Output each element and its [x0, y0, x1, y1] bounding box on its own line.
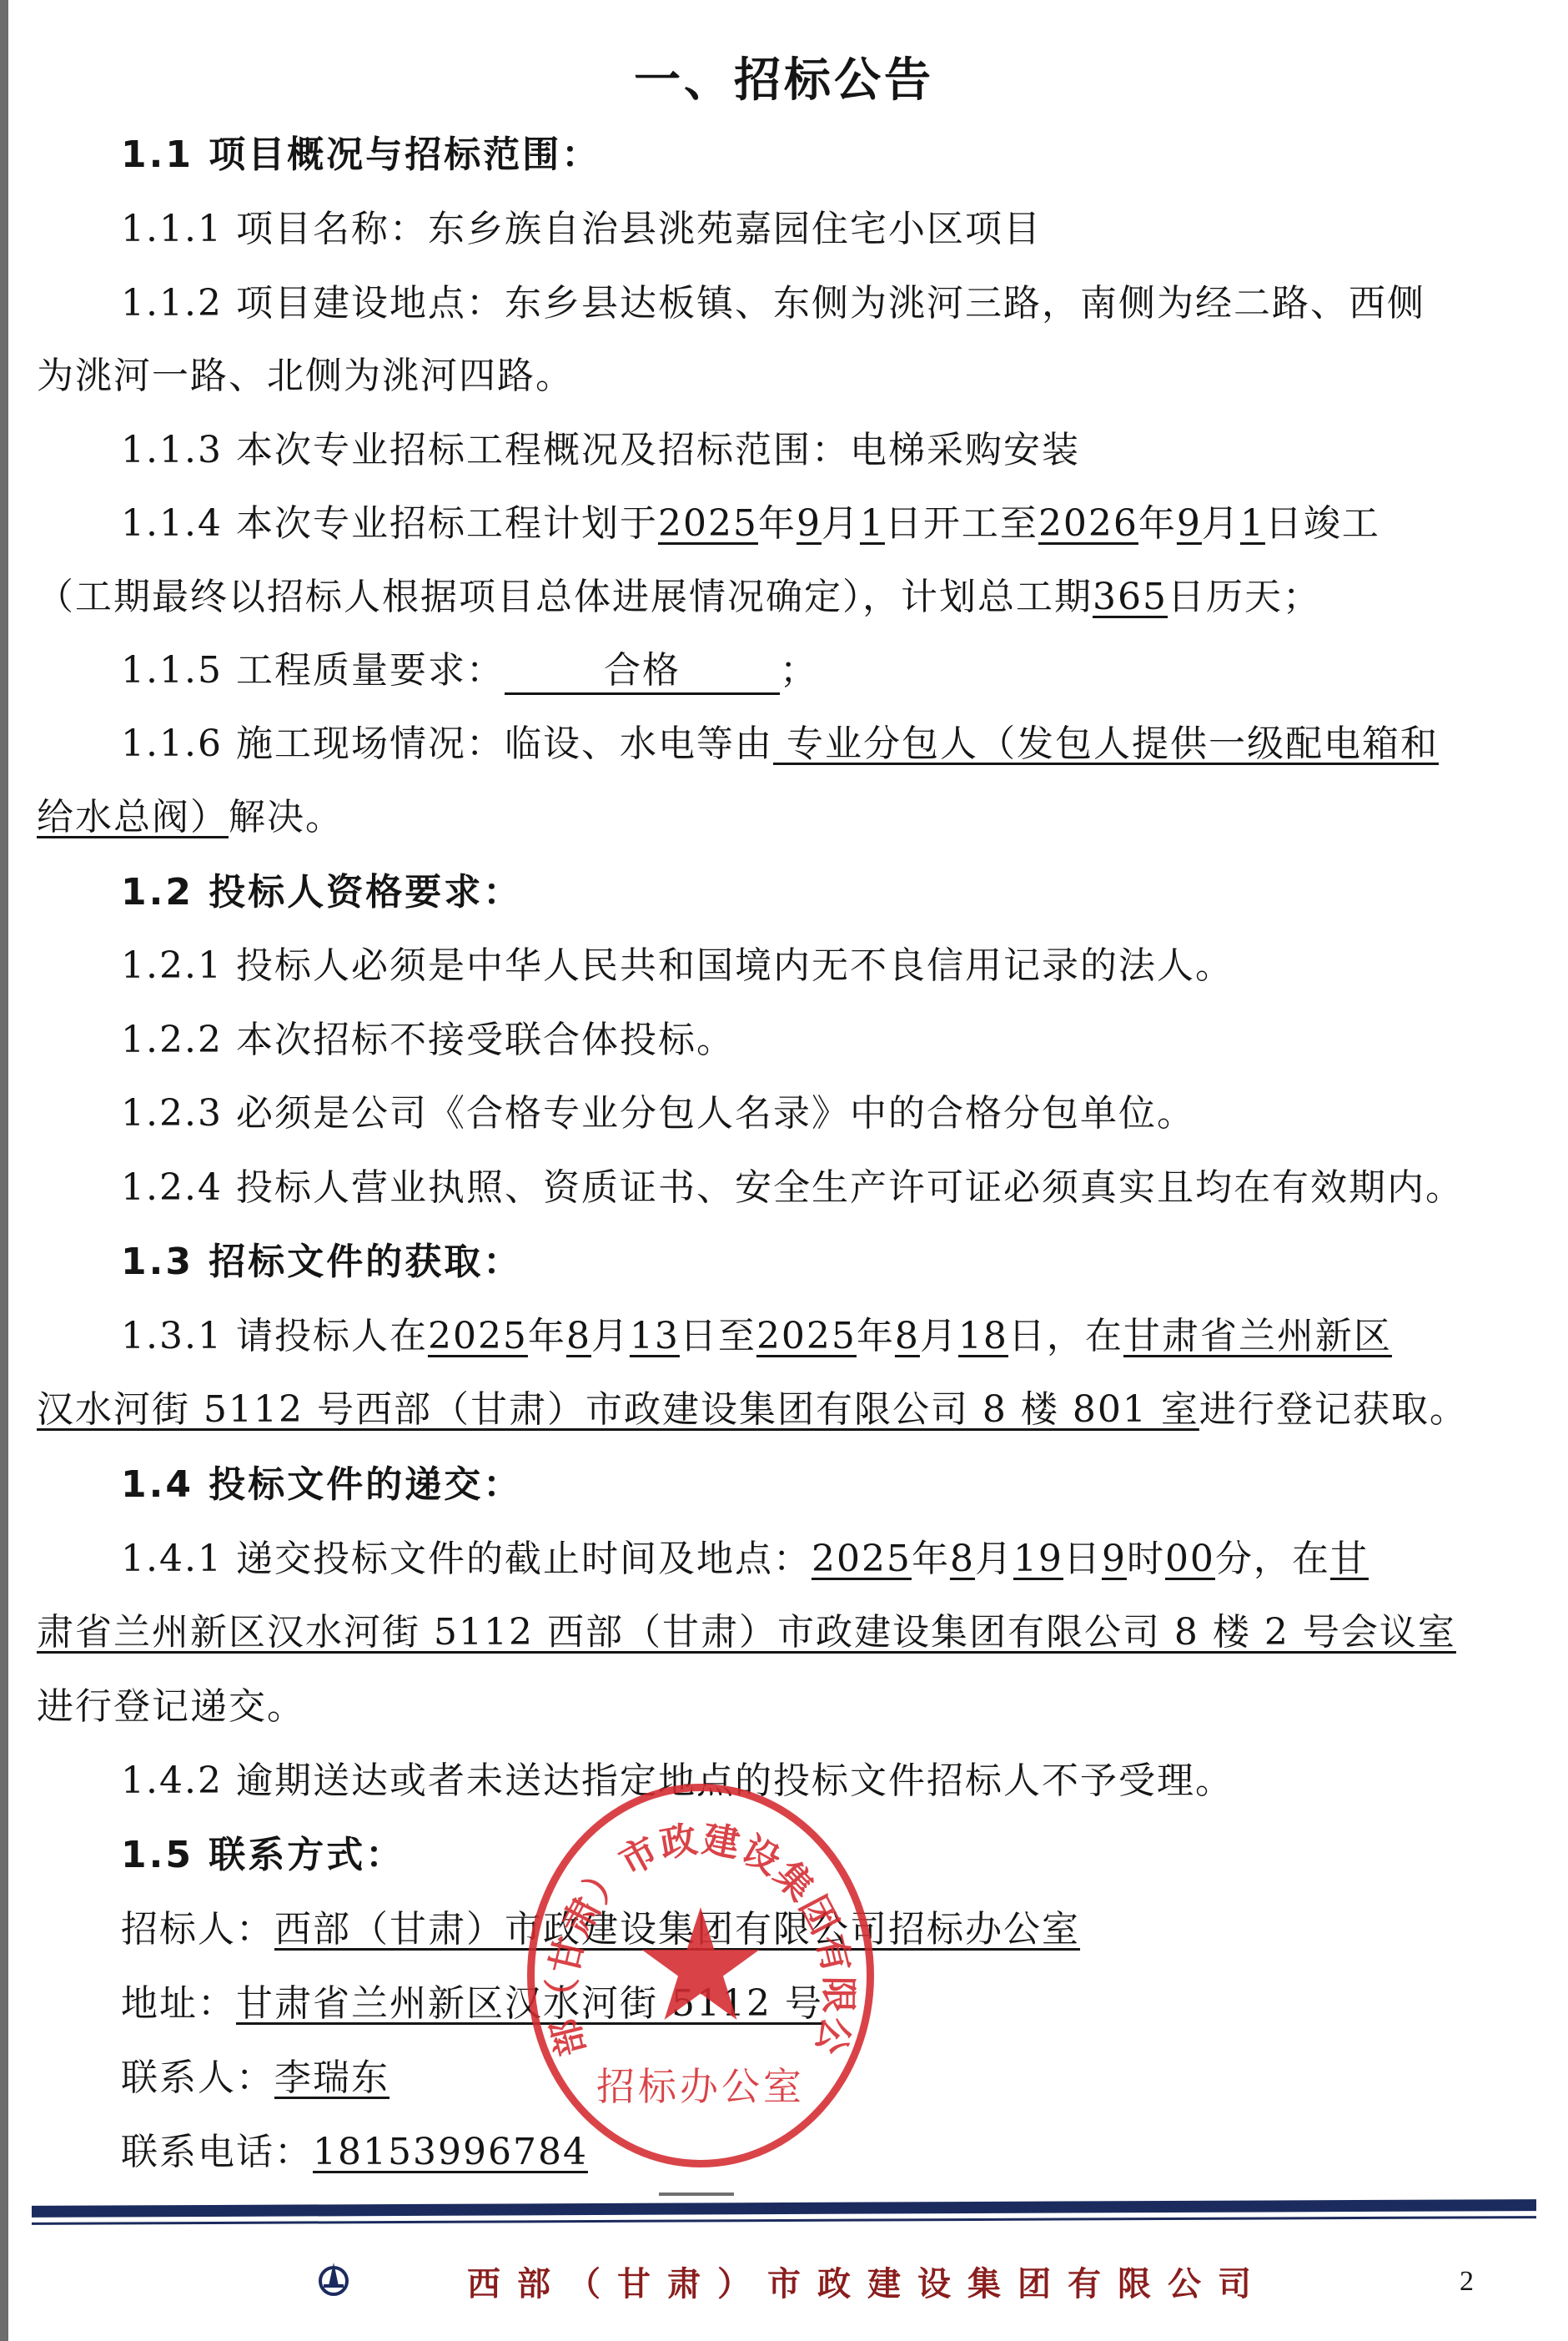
footer-company-name: 西部（甘肃）市政建设集团有限公司: [467, 2258, 1268, 2305]
paragraph-1-3-1-line2: 汉水河街 5112 号西部（甘肃）市政建设集团有限公司 8 楼 801 室进行登…: [37, 1385, 1468, 1435]
contact-phone: 联系电话：18153996784: [121, 2127, 588, 2177]
seal-bottom-text: 招标办公室: [535, 2057, 867, 2112]
text: 1.3.1 请投标人在: [121, 1315, 428, 1357]
text: 日，在: [1008, 1315, 1123, 1357]
contact-tenderer: 招标人：西部（甘肃）市政建设集团有限公司招标办公室: [121, 1905, 1080, 1955]
quality-requirement-value: 合格: [505, 649, 780, 695]
text: 时: [1127, 1538, 1165, 1580]
site-provider-value: 专业分包人（发包人提供一级配电箱和: [773, 722, 1439, 765]
paragraph-1-2-3: 1.2.3 必须是公司《合格专业分包人名录》中的合格分包单位。: [121, 1089, 1195, 1139]
text: 日至: [680, 1315, 756, 1357]
contact-value: 李瑞东: [274, 2057, 389, 2099]
paragraph-1-2-4: 1.2.4 投标人营业执照、资质证书、安全生产许可证必须真实且均在有效期内。: [121, 1163, 1464, 1213]
paragraph-1-1-6-line1: 1.1.6 施工现场情况：临设、水电等由 专业分包人（发包人提供一级配电箱和: [121, 719, 1439, 769]
submit-address-cont: 肃省兰州新区汉水河街 5112 西部（甘肃）市政建设集团有限公司 8 楼 2 号…: [37, 1611, 1456, 1654]
footer-rule-thick: [32, 2199, 1536, 2218]
text: 1.4.1 递交投标文件的截止时间及地点：: [121, 1538, 812, 1580]
paragraph-1-1-2-line2: 为洮河一路、北侧为洮河四路。: [37, 351, 574, 401]
text: 月: [975, 1538, 1013, 1580]
text: 1.1.4 本次专业招标工程计划于: [121, 502, 658, 545]
start-month: 9: [797, 502, 822, 545]
paragraph-1-1-1: 1.1.1 项目名称：东乡族自治县洮苑嘉园住宅小区项目: [121, 204, 1042, 254]
end-day: 1: [1240, 502, 1265, 545]
footer-rule-thin: [32, 2216, 1536, 2225]
text: 日历天；: [1168, 576, 1321, 618]
paragraph-1-1-4-line2: （工期最终以招标人根据项目总体进展情况确定），计划总工期365日历天；: [37, 572, 1321, 622]
page-title: 一、招标公告: [0, 43, 1568, 110]
site-provider-value-cont: 给水总阀）: [37, 796, 229, 838]
end-month: 9: [1177, 502, 1202, 545]
text: 日开工至: [885, 502, 1038, 545]
text: 1.1.5 工程质量要求：: [121, 649, 505, 692]
deadline-minute: 00: [1165, 1538, 1215, 1580]
paragraph-1-1-2-line1: 1.1.2 项目建设地点：东乡县达板镇、东侧为洮河三路，南侧为经二路、西侧: [121, 279, 1425, 329]
text: 分，在: [1215, 1538, 1330, 1580]
scan-edge-shadow: [0, 0, 8, 2341]
paragraph-1-1-6-line2: 给水总阀）解决。: [37, 793, 344, 843]
section-heading-1-5: 1.5 联系方式：: [121, 1830, 405, 1880]
text: 年: [857, 1315, 895, 1357]
address-label: 地址：: [121, 1982, 236, 2025]
text: 年: [758, 502, 797, 545]
decorative-dash: [659, 2192, 734, 2196]
paragraph-1-3-1-line1: 1.3.1 请投标人在2025年8月13日至2025年8月18日，在甘肃省兰州新…: [121, 1311, 1392, 1362]
contact-person: 联系人：李瑞东: [121, 2053, 389, 2103]
acquire-address: 甘肃省兰州新区: [1123, 1315, 1392, 1357]
text: 解决。: [229, 796, 344, 838]
contact-address: 地址：甘肃省兰州新区汉水河街 5112 号: [121, 1979, 823, 2029]
official-seal-stamp: 西部（甘肃）市政建设集团有限公司 招标办公室: [527, 1784, 874, 2167]
section-heading-1-1: 1.1 项目概况与招标范围：: [121, 130, 601, 180]
text: 进行登记获取。: [1199, 1388, 1468, 1431]
start-day: 1: [860, 502, 885, 545]
deadline-month: 8: [950, 1538, 975, 1580]
address-value: 甘肃省兰州新区汉水河街 5112 号: [236, 1982, 823, 2025]
text: 年: [528, 1315, 566, 1357]
acquire-start-month: 8: [566, 1315, 591, 1357]
page-number: 2: [1460, 2266, 1474, 2298]
phone-label: 联系电话：: [121, 2131, 313, 2173]
company-logo-icon: [317, 2261, 350, 2298]
acquire-end-year: 2025: [756, 1315, 857, 1357]
submit-address: 甘: [1330, 1538, 1369, 1580]
text: 日: [1063, 1538, 1102, 1580]
acquire-end-month: 8: [895, 1315, 920, 1357]
text: ；: [780, 649, 818, 692]
acquire-end-day: 18: [958, 1315, 1008, 1357]
text: 月: [591, 1315, 630, 1357]
paragraph-1-4-1-line2: 肃省兰州新区汉水河街 5112 西部（甘肃）市政建设集团有限公司 8 楼 2 号…: [37, 1608, 1456, 1658]
paragraph-1-4-1-line3: 进行登记递交。: [37, 1682, 305, 1732]
deadline-day: 19: [1013, 1538, 1063, 1580]
text: 日竣工: [1265, 502, 1380, 545]
text: 月: [822, 502, 860, 545]
text: 1.1.6 施工现场情况：临设、水电等由: [121, 722, 773, 765]
paragraph-1-1-4-line1: 1.1.4 本次专业招标工程计划于2025年9月1日开工至2026年9月1日竣工: [121, 499, 1380, 549]
phone-value: 18153996784: [313, 2131, 588, 2173]
paragraph-1-4-1-line1: 1.4.1 递交投标文件的截止时间及地点：2025年8月19日9时00分，在甘: [121, 1534, 1369, 1584]
acquire-address-cont: 汉水河街 5112 号西部（甘肃）市政建设集团有限公司 8 楼 801 室: [37, 1388, 1199, 1431]
tenderer-label: 招标人：: [121, 1908, 274, 1951]
deadline-year: 2025: [812, 1538, 912, 1580]
acquire-start-day: 13: [630, 1315, 680, 1357]
section-heading-1-3: 1.3 招标文件的获取：: [121, 1237, 522, 1287]
text: 月: [1202, 502, 1240, 545]
section-heading-1-2: 1.2 投标人资格要求：: [121, 868, 522, 918]
contact-label: 联系人：: [121, 2057, 274, 2099]
text: 年: [1138, 502, 1177, 545]
text: 月: [920, 1315, 958, 1357]
paragraph-1-4-2: 1.4.2 逾期送达或者未送达指定地点的投标文件招标人不予受理。: [121, 1756, 1234, 1806]
acquire-start-year: 2025: [428, 1315, 528, 1357]
text: （工期最终以招标人根据项目总体进展情况确定），计划总工期: [37, 576, 1093, 618]
deadline-hour: 9: [1102, 1538, 1127, 1580]
paragraph-1-2-2: 1.2.2 本次招标不接受联合体投标。: [121, 1015, 735, 1065]
paragraph-1-1-3: 1.1.3 本次专业招标工程概况及招标范围：电梯采购安装: [121, 425, 1080, 476]
text: 年: [912, 1538, 950, 1580]
start-year: 2025: [658, 502, 758, 545]
tenderer-value: 西部（甘肃）市政建设集团有限公司招标办公室: [274, 1908, 1080, 1951]
paragraph-1-1-5: 1.1.5 工程质量要求：合格；: [121, 646, 818, 696]
section-heading-1-4: 1.4 投标文件的递交：: [121, 1460, 522, 1510]
paragraph-1-2-1: 1.2.1 投标人必须是中华人民共和国境内无不良信用记录的法人。: [121, 941, 1234, 991]
end-year: 2026: [1038, 502, 1138, 545]
duration-days: 365: [1093, 576, 1168, 618]
seal-ring-text: 西部（甘肃）市政建设集团有限公司: [535, 1791, 867, 2160]
